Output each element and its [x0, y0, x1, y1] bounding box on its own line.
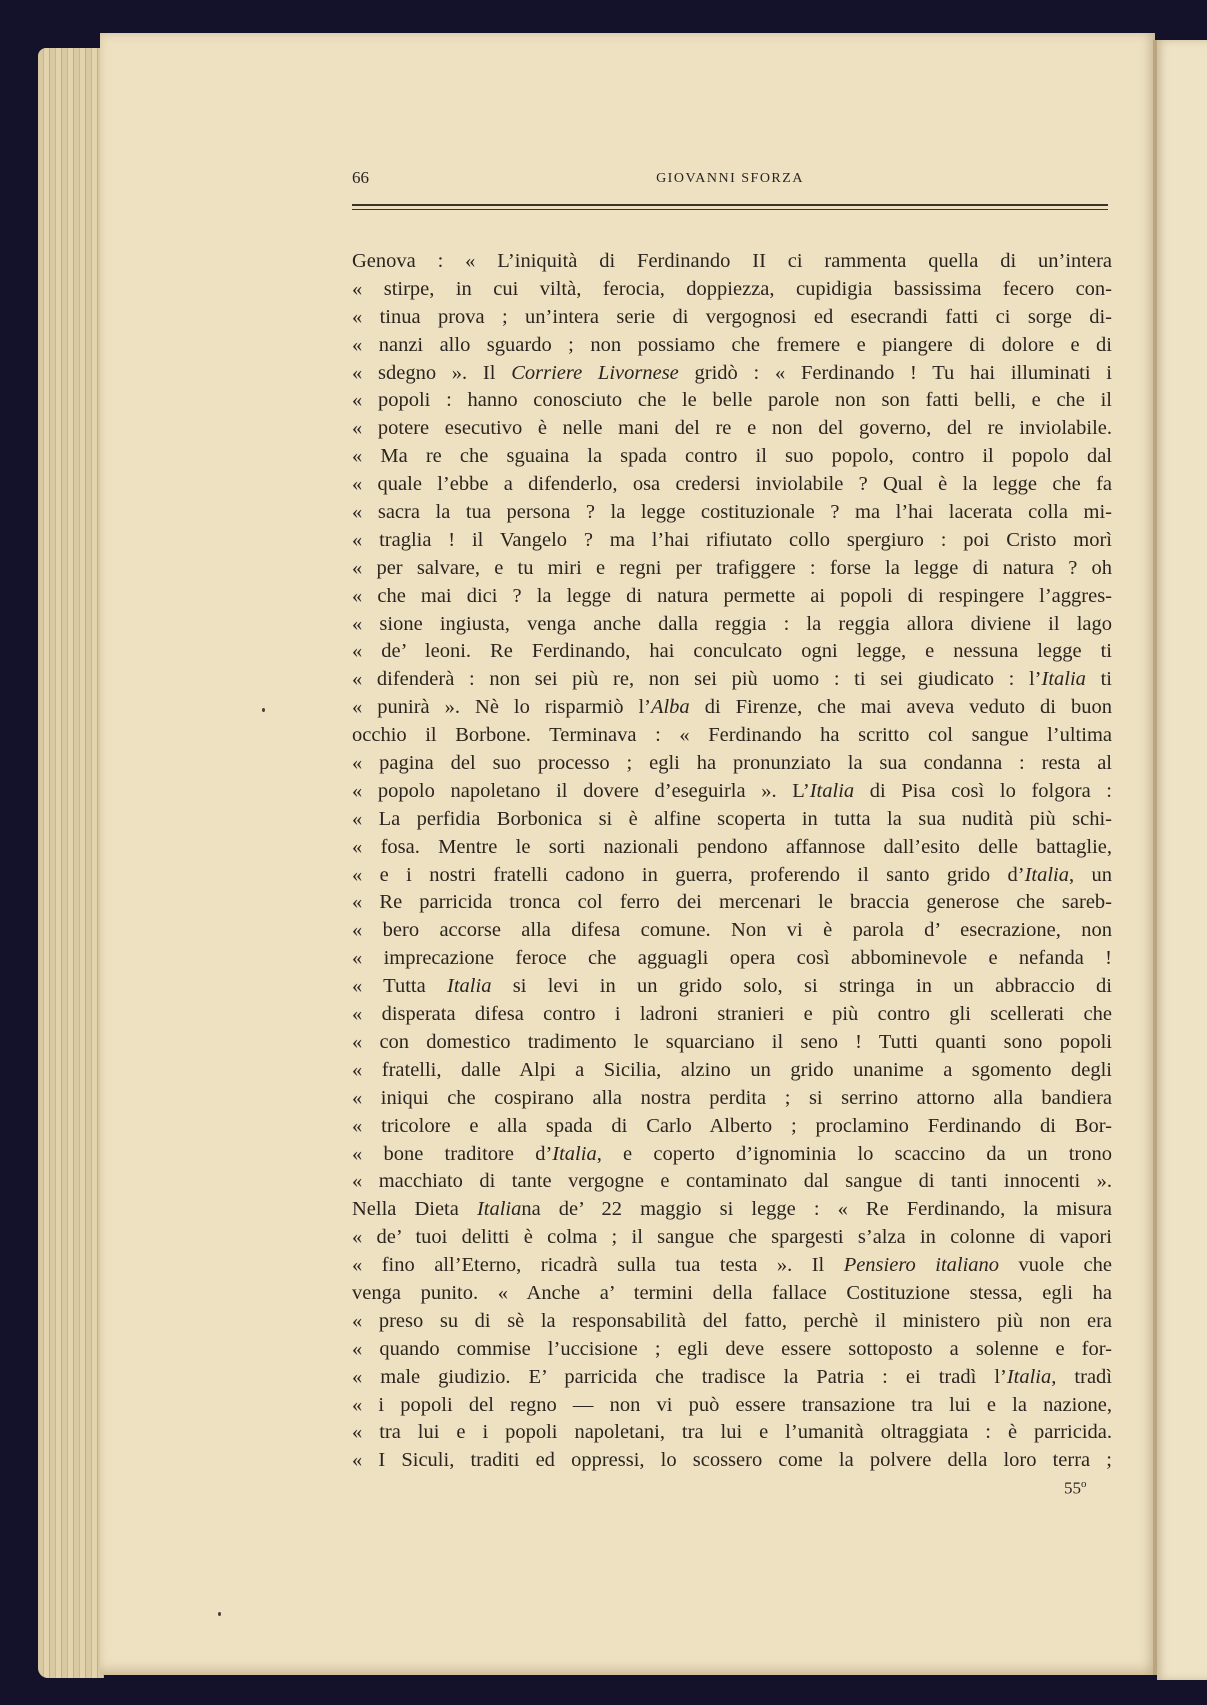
page-stack-edge: [38, 48, 104, 1678]
text-line: « bero accorse alla difesa comune. Non v…: [352, 917, 1112, 945]
text-line: « stirpe, in cui viltà, ferocia, doppiez…: [352, 276, 1112, 304]
text-line: « potere esecutivo è nelle mani del re e…: [352, 415, 1112, 443]
text-line: « punirà ». Nè lo risparmiò l’Alba di Fi…: [352, 694, 1112, 722]
paper-speck: [262, 708, 265, 712]
text-line: « male giudizio. E’ parricida che tradis…: [352, 1364, 1112, 1392]
text-line: « tra lui e i popoli napoletani, tra lui…: [352, 1419, 1112, 1447]
text-line: « e i nostri fratelli cadono in guerra, …: [352, 862, 1112, 890]
signature-number: 55: [1064, 1479, 1081, 1498]
text-line: « I Siculi, traditi ed oppressi, lo scos…: [352, 1447, 1112, 1475]
text-line: « Tutta Italia si levi in un grido solo,…: [352, 973, 1112, 1001]
text-line: « fratelli, dalle Alpi a Sicilia, alzino…: [352, 1057, 1112, 1085]
text-line: « i popoli del regno — non vi può essere…: [352, 1392, 1112, 1420]
body-text: Genova : « L’iniquità di Ferdinando II c…: [352, 248, 1112, 1475]
text-line: Nella Dieta Italiana de’ 22 maggio si le…: [352, 1196, 1112, 1224]
text-line: « con domestico tradimento le squarciano…: [352, 1029, 1112, 1057]
text-line: « per salvare, e tu miri e regni per tra…: [352, 555, 1112, 583]
text-line: « sdegno ». Il Corriere Livornese gridò …: [352, 360, 1112, 388]
text-line: « La perfidia Borbonica si è alfine scop…: [352, 806, 1112, 834]
text-line: « bone traditore d’Italia, e coperto d’i…: [352, 1141, 1112, 1169]
text-line: « difenderà : non sei più re, non sei pi…: [352, 666, 1112, 694]
text-line: « quale l’ebbe a difenderlo, osa creders…: [352, 471, 1112, 499]
running-head-title: GIOVANNI SFORZA: [352, 171, 1108, 187]
text-line: « de’ tuoi delitti è colma ; il sangue c…: [352, 1224, 1112, 1252]
text-line: « quando commise l’uccisione ; egli deve…: [352, 1336, 1112, 1364]
text-line: « fino all’Eterno, ricadrà sulla tua tes…: [352, 1252, 1112, 1280]
text-line: « nanzi allo sguardo ; non possiamo che …: [352, 332, 1112, 360]
text-line: « sacra la tua persona ? la legge costit…: [352, 499, 1112, 527]
text-line: occhio il Borbone. Terminava : « Ferdina…: [352, 722, 1112, 750]
text-line: « Re parricida tronca col ferro dei merc…: [352, 889, 1112, 917]
book-gutter: [1153, 40, 1157, 1675]
signature-superscript: o: [1081, 1478, 1087, 1490]
text-line: « che mai dici ? la legge di natura perm…: [352, 583, 1112, 611]
text-line: « iniqui che cospirano alla nostra perdi…: [352, 1085, 1112, 1113]
text-line: « tricolore e alla spada di Carlo Albert…: [352, 1113, 1112, 1141]
text-line: « traglia ! il Vangelo ? ma l’hai rifiut…: [352, 527, 1112, 555]
header-double-rule: [352, 204, 1108, 210]
text-line: « Ma re che sguaina la spada contro il s…: [352, 443, 1112, 471]
text-line: « imprecazione feroce che agguagli opera…: [352, 945, 1112, 973]
text-line: Genova : « L’iniquità di Ferdinando II c…: [352, 248, 1112, 276]
text-line: « popolo napoletano il dovere d’eseguirl…: [352, 778, 1112, 806]
text-line: « fosa. Mentre le sorti nazionali pendon…: [352, 834, 1112, 862]
text-line: « de’ leoni. Re Ferdinando, hai conculca…: [352, 638, 1112, 666]
running-head: 66 GIOVANNI SFORZA: [352, 168, 1108, 192]
text-line: « tinua prova ; un’intera serie di vergo…: [352, 304, 1112, 332]
text-line: « disperata difesa contro i ladroni stra…: [352, 1001, 1112, 1029]
text-line: « sione ingiusta, venga anche dalla regg…: [352, 611, 1112, 639]
signature-mark: 55o: [1064, 1478, 1087, 1499]
facing-page-edge: [1157, 40, 1207, 1680]
text-line: « popoli : hanno conosciuto che le belle…: [352, 387, 1112, 415]
text-line: « macchiato di tante vergogne e contamin…: [352, 1168, 1112, 1196]
paper-speck: [218, 1612, 221, 1616]
text-line: venga punito. « Anche a’ termini della f…: [352, 1280, 1112, 1308]
text-line: « pagina del suo processo ; egli ha pron…: [352, 750, 1112, 778]
text-line: « preso su di sè la responsabilità del f…: [352, 1308, 1112, 1336]
